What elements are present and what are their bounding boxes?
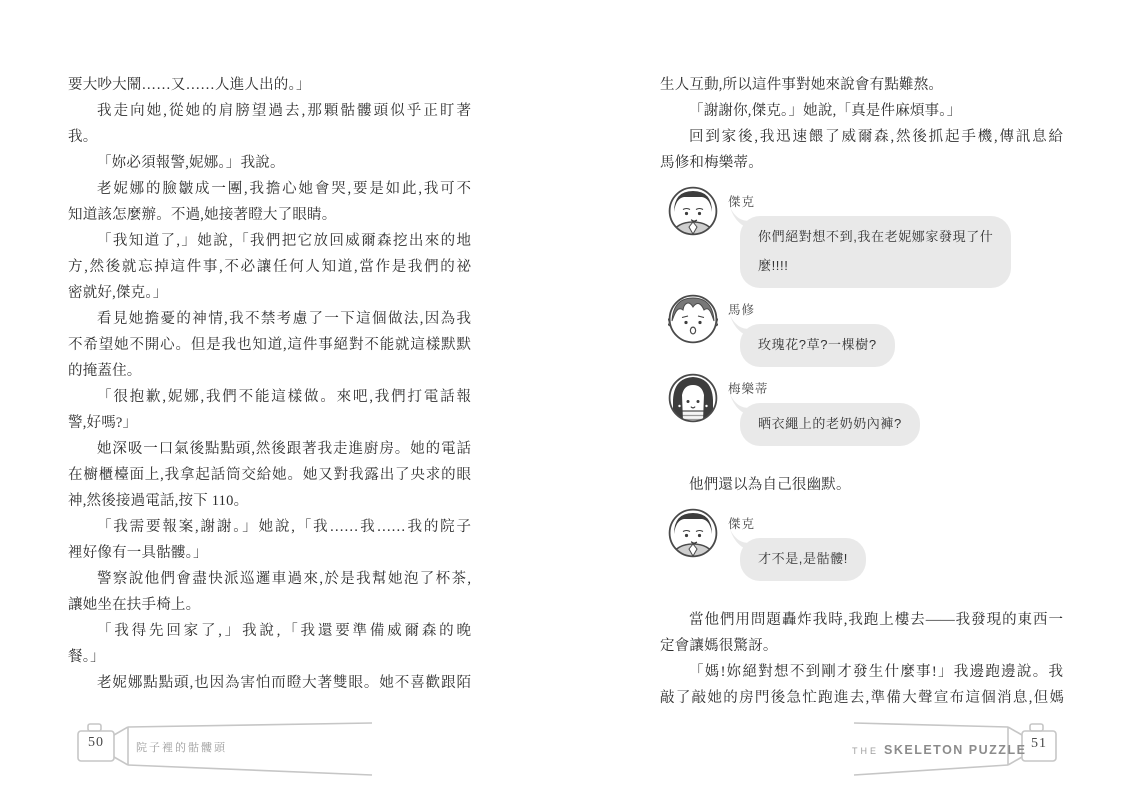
chat-body: 馬修 玫瑰花?草?一棵樹? — [728, 294, 895, 367]
chat-body: 傑克 才不是,是骷髏! — [728, 508, 866, 581]
text-line: 神,然後接過電話,按下 110。 — [68, 488, 471, 514]
text-line: 定會讓媽很驚訝。 — [660, 633, 1064, 659]
jack-avatar-icon — [668, 186, 718, 236]
chat-body: 梅樂蒂 晒衣繩上的老奶奶內褲? — [728, 373, 920, 446]
text-line: 她深吸一口氣後點點頭,然後跟著我走進廚房。她的電話 — [68, 436, 471, 462]
text-line: 生人互動,所以這件事對她來說會有點難熬。 — [660, 72, 1064, 98]
brand-title: SKELETON PUZZLE — [884, 743, 1026, 757]
page-number-left: 50 — [78, 735, 114, 751]
text-line: 餐。」 — [68, 644, 471, 670]
text-line: 「很抱歉,妮娜,我們不能這樣做。來吧,我們打電話報 — [68, 384, 471, 410]
text-line: 老妮娜點點頭,也因為害怕而瞪大著雙眼。她不喜歡跟陌 — [68, 670, 471, 696]
avatar-melody — [668, 373, 718, 423]
page-number-right: 51 — [1022, 736, 1056, 752]
chat-bubble: 晒衣繩上的老奶奶內褲? — [740, 403, 920, 446]
text-line: 的掩蓋住。 — [68, 358, 471, 384]
bubble-tail — [727, 527, 757, 555]
chat-sender-name: 傑克 — [728, 186, 1011, 216]
avatar-matthew — [668, 294, 718, 344]
chapter-title: 院子裡的骷髏頭 — [136, 739, 227, 755]
avatar-jack — [668, 186, 718, 236]
chat-message: 傑克 你們絕對想不到,我在老妮娜家發現了什麼!!!! — [660, 186, 1064, 288]
text-line: 老妮娜的臉皺成一團,我擔心她會哭,要是如此,我可不 — [68, 176, 471, 202]
text-line: 他們還以為自己很幽默。 — [660, 472, 1064, 498]
text-line: 方,然後就忘掉這件事,不必讓任何人知道,當作是我們的祕 — [68, 254, 471, 280]
text-line: 看見她擔憂的神情,我不禁考慮了一下這個做法,因為我 — [68, 306, 471, 332]
right-text-column: 生人互動,所以這件事對她來說會有點難熬。「謝謝你,傑克。」她說,「真是件麻煩事。… — [660, 72, 1064, 711]
book-series-title: THESKELETON PUZZLE — [852, 741, 1010, 759]
chat-bubble: 你們絕對想不到,我在老妮娜家發現了什麼!!!! — [740, 216, 1011, 288]
text-line: 「妳必須報警,妮娜。」我說。 — [68, 150, 471, 176]
text-line: 讓她坐在扶手椅上。 — [68, 592, 471, 618]
book-spread: 要大吵大鬧……又……人進人出的。」我走向她,從她的肩膀望過去,那顆骷髏頭似乎正盯… — [0, 0, 1128, 800]
bubble-tail — [727, 313, 757, 341]
left-page-footer: 50 院子裡的骷髏頭 — [74, 722, 374, 778]
bubble-tail — [727, 205, 757, 233]
jack-avatar-icon — [668, 508, 718, 558]
chat-body: 傑克 你們絕對想不到,我在老妮娜家發現了什麼!!!! — [728, 186, 1011, 288]
text-line: 敲了敲她的房門後急忙跑進去,準備大聲宣布這個消息,但媽 — [660, 685, 1064, 711]
text-line: 警,好嗎?」 — [68, 410, 471, 436]
left-text-column: 要大吵大鬧……又……人進人出的。」我走向她,從她的肩膀望過去,那顆骷髏頭似乎正盯… — [68, 72, 471, 696]
avatar-jack — [668, 508, 718, 558]
text-line: 知道該怎麼辦。不過,她接著瞪大了眼睛。 — [68, 202, 471, 228]
text-line: 「我知道了,」她說,「我們把它放回威爾森挖出來的地 — [68, 228, 471, 254]
chat-message: 傑克 才不是,是骷髏! — [660, 508, 1064, 581]
chat-bubble: 才不是,是骷髏! — [740, 538, 866, 581]
chat-bubble: 玫瑰花?草?一棵樹? — [740, 324, 895, 367]
right-page-footer: THESKELETON PUZZLE 51 — [852, 722, 1062, 778]
text-line: 「媽!妳絕對想不到剛才發生什麼事!」我邊跑邊說。我 — [660, 659, 1063, 685]
bubble-tail — [727, 392, 757, 420]
text-line: 要大吵大鬧……又……人進人出的。」 — [68, 72, 471, 98]
text-line: 我走向她,從她的肩膀望過去,那顆骷髏頭似乎正盯著 — [68, 98, 471, 124]
matthew-avatar-icon — [668, 294, 718, 344]
chat-bubble-line: 才不是,是骷髏! — [758, 544, 848, 573]
chat-bubble-line: 晒衣繩上的老奶奶內褲? — [758, 409, 902, 438]
melody-avatar-icon — [668, 373, 718, 423]
text-line: 「我得先回家了,」我說,「我還要準備威爾森的晚 — [68, 618, 471, 644]
text-line: 回到家後,我迅速餵了威爾森,然後抓起手機,傳訊息給 — [660, 124, 1063, 150]
text-line: 在櫥櫃檯面上,我拿起話筒交給她。她又對我露出了央求的眼 — [68, 462, 471, 488]
text-line: 馬修和梅樂蒂。 — [660, 150, 1064, 176]
brand-the: THE — [852, 746, 879, 756]
text-line: 不希望她不開心。但是我也知道,這件事絕對不能就這樣默默 — [68, 332, 471, 358]
chat-message: 馬修 玫瑰花?草?一棵樹? — [660, 294, 1064, 367]
text-line: 「謝謝你,傑克。」她說,「真是件麻煩事。」 — [660, 98, 1064, 124]
text-line: 我。 — [68, 124, 471, 150]
text-line: 裡好像有一具骷髏。」 — [68, 540, 471, 566]
text-line: 密就好,傑克。」 — [68, 280, 471, 306]
chat-bubble-line: 麼!!!! — [758, 251, 993, 280]
text-line: 當他們用問題轟炸我時,我跑上樓去——我發現的東西一 — [660, 607, 1063, 633]
chat-message: 梅樂蒂 晒衣繩上的老奶奶內褲? — [660, 373, 1064, 446]
chat-bubble-line: 玫瑰花?草?一棵樹? — [758, 330, 877, 359]
text-line: 「我需要報案,謝謝。」她說,「我……我……我的院子 — [68, 514, 471, 540]
chat-bubble-line: 你們絕對想不到,我在老妮娜家發現了什 — [758, 222, 993, 251]
text-line: 警察說他們會盡快派巡邏車過來,於是我幫她泡了杯茶, — [68, 566, 471, 592]
